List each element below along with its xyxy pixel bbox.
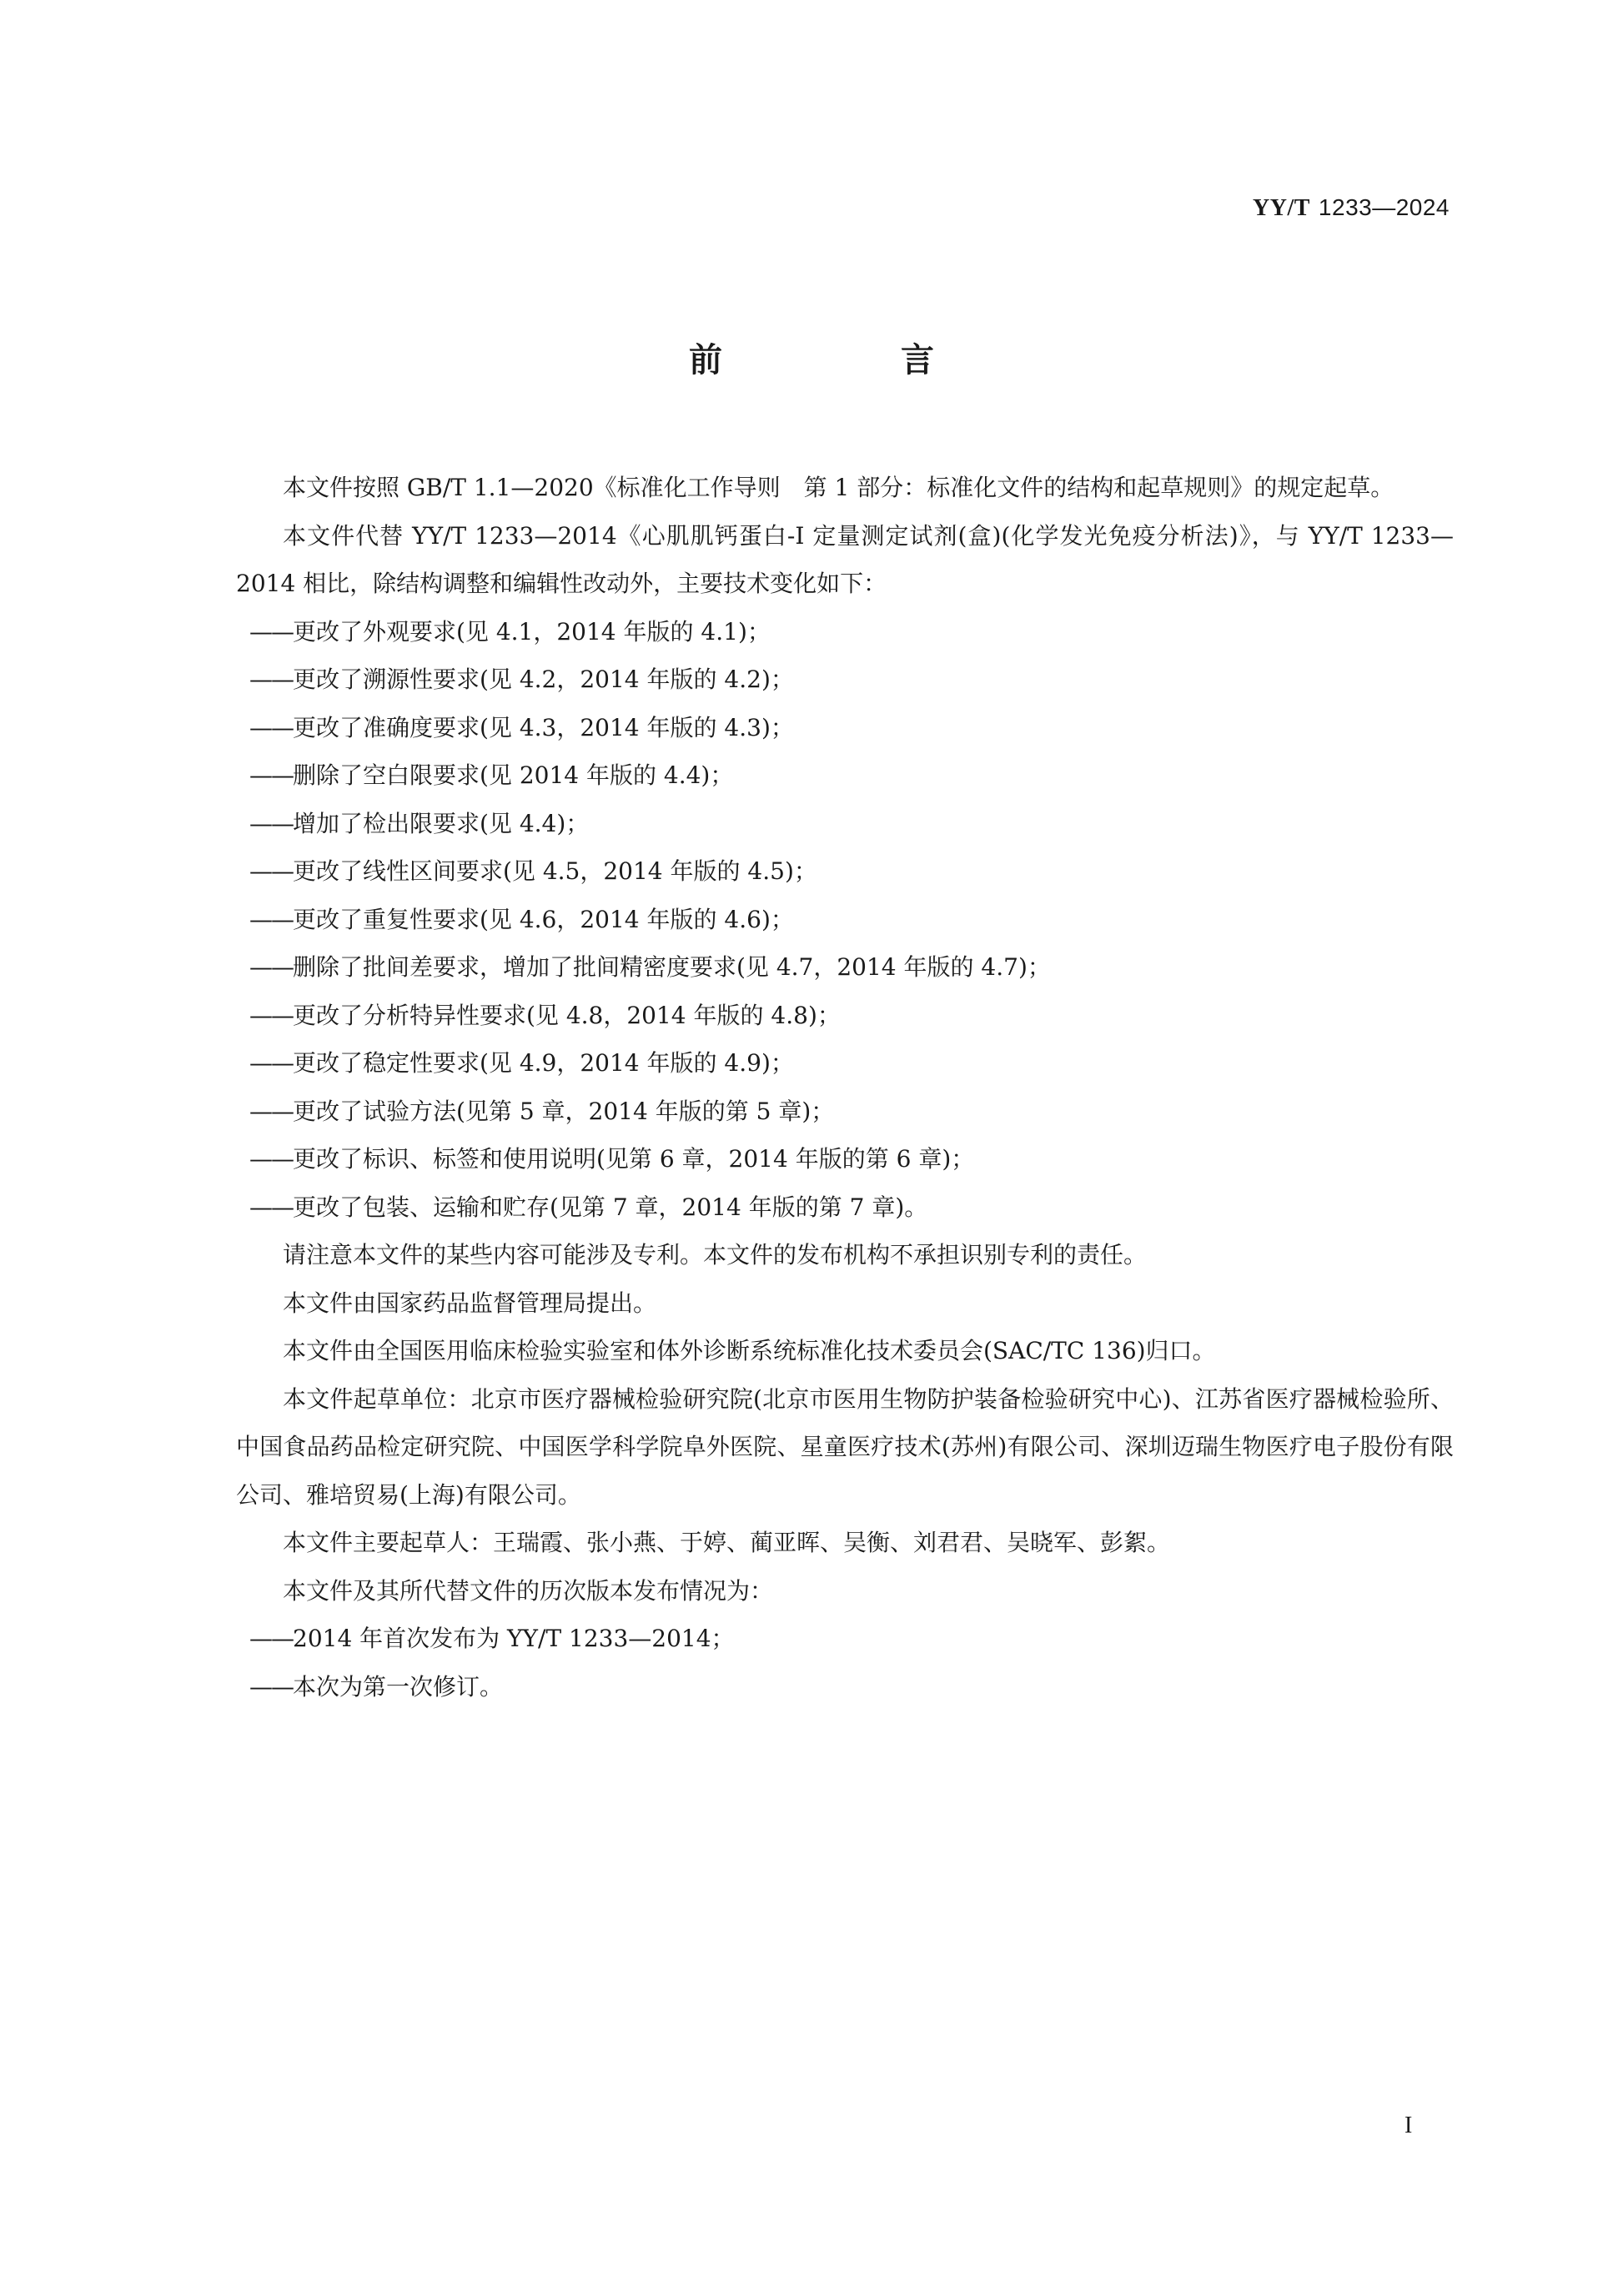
history-item: ——2014 年首次发布为 YY/T 1233—2014； — [236, 1615, 1454, 1663]
paragraph-drafters: 本文件主要起草人：王瑞霞、张小燕、于婷、蔺亚晖、吴衡、刘君君、吴晓军、彭絮。 — [236, 1519, 1454, 1567]
change-item: ——更改了线性区间要求(见 4.5，2014 年版的 4.5)； — [236, 847, 1454, 896]
change-item: ——更改了重复性要求(见 4.6，2014 年版的 4.6)； — [236, 896, 1454, 944]
change-item: ——更改了分析特异性要求(见 4.8，2014 年版的 4.8)； — [236, 992, 1454, 1040]
change-item: ——更改了稳定性要求(见 4.9，2014 年版的 4.9)； — [236, 1039, 1454, 1088]
foreword-body: 本文件按照 GB/T 1.1—2020《标准化工作导则 第 1 部分：标准化文件… — [236, 464, 1454, 1711]
paragraph-proposer: 本文件由国家药品监督管理局提出。 — [236, 1279, 1454, 1328]
page-title: 前 言 — [0, 334, 1623, 381]
change-item: ——更改了溯源性要求(见 4.2，2014 年版的 4.2)； — [236, 656, 1454, 704]
change-item: ——删除了空白限要求(见 2014 年版的 4.4)； — [236, 751, 1454, 800]
paragraph-drafting-units: 本文件起草单位：北京市医疗器械检验研究院(北京市医用生物防护装备检验研究中心)、… — [236, 1375, 1454, 1520]
paragraph-drafting-rules: 本文件按照 GB/T 1.1—2020《标准化工作导则 第 1 部分：标准化文件… — [236, 464, 1454, 512]
change-item: ——增加了检出限要求(见 4.4)； — [236, 800, 1454, 848]
change-item: ——更改了试验方法(见第 5 章，2014 年版的第 5 章)； — [236, 1088, 1454, 1136]
paragraph-history-intro: 本文件及其所代替文件的历次版本发布情况为： — [236, 1567, 1454, 1615]
history-item: ——本次为第一次修订。 — [236, 1663, 1454, 1711]
document-code-number: 1233—2024 — [1319, 194, 1450, 220]
change-item: ——更改了包装、运输和贮存(见第 7 章，2014 年版的第 7 章)。 — [236, 1183, 1454, 1232]
change-item: ——更改了外观要求(见 4.1，2014 年版的 4.1)； — [236, 608, 1454, 656]
paragraph-patent-notice: 请注意本文件的某些内容可能涉及专利。本文件的发布机构不承担识别专利的责任。 — [236, 1231, 1454, 1279]
change-item: ——更改了准确度要求(见 4.3，2014 年版的 4.3)； — [236, 704, 1454, 752]
document-code-prefix: YY/T — [1253, 195, 1310, 221]
change-item: ——更改了标识、标签和使用说明(见第 6 章，2014 年版的第 6 章)； — [236, 1135, 1454, 1183]
paragraph-replacement: 本文件代替 YY/T 1233—2014《心肌肌钙蛋白-I 定量测定试剂(盒)(… — [236, 512, 1454, 608]
change-item: ——删除了批间差要求，增加了批间精密度要求(见 4.7，2014 年版的 4.7… — [236, 943, 1454, 992]
page-number: I — [1404, 2113, 1412, 2139]
document-code: YY/T1233—2024 — [1253, 193, 1450, 222]
paragraph-committee: 本文件由全国医用临床检验实验室和体外诊断系统标准化技术委员会(SAC/TC 13… — [236, 1327, 1454, 1375]
